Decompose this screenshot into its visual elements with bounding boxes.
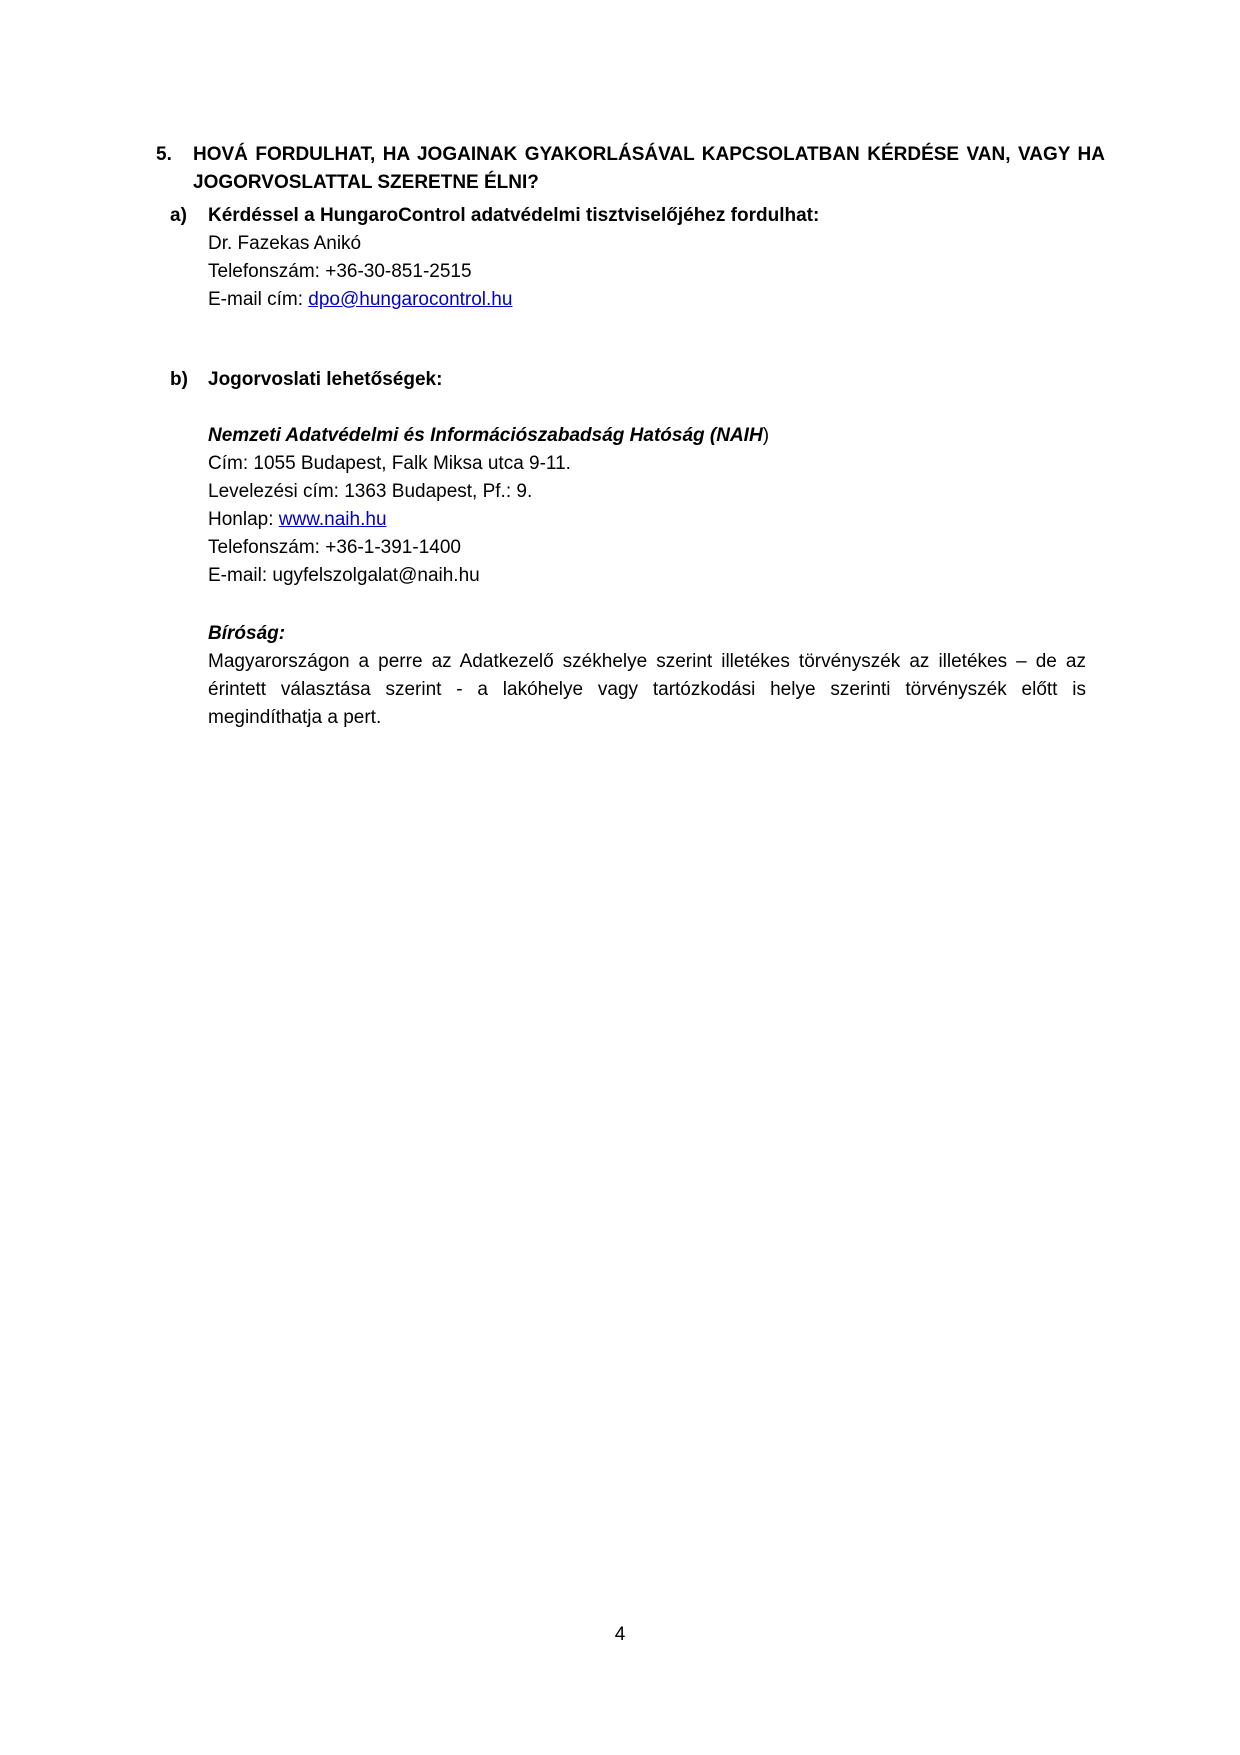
section-number: 5. [156,141,172,169]
dpo-email-prefix: E-mail cím: [208,289,308,310]
court-paragraph: Magyarországon a perre az Adatkezelő szé… [208,648,1086,732]
authority-postal: Levelezési cím: 1363 Budapest, Pf.: 9. [208,478,532,506]
dpo-email-link[interactable]: dpo@hungarocontrol.hu [308,289,512,310]
court-heading: Bíróság: [208,620,285,648]
item-b-heading: Jogorvoslati lehetőségek: [208,366,442,394]
dpo-phone: Telefonszám: +36-30-851-2515 [208,258,472,286]
web-prefix: Honlap: [208,509,279,530]
item-a-heading: Kérdéssel a HungaroControl adatvédelmi t… [208,202,819,230]
page-number: 4 [0,1624,1240,1646]
authority-phone: Telefonszám: +36-1-391-1400 [208,534,461,562]
authority-web-line: Honlap: www.naih.hu [208,506,387,534]
authority-address: Cím: 1055 Budapest, Falk Miksa utca 9-11… [208,450,571,478]
authority-name: Nemzeti Adatvédelmi és Információszabads… [208,422,769,450]
authority-email: E-mail: ugyfelszolgalat@naih.hu [208,562,480,590]
section-title: HOVÁ FORDULHAT, HA JOGAINAK GYAKORLÁSÁVA… [193,141,1105,197]
document-page: 5. HOVÁ FORDULHAT, HA JOGAINAK GYAKORLÁS… [0,0,1240,1755]
dpo-name: Dr. Fazekas Anikó [208,230,361,258]
item-b-label: b) [170,366,188,394]
dpo-email-line: E-mail cím: dpo@hungarocontrol.hu [208,286,512,314]
item-a-label: a) [170,202,187,230]
naih-website-link[interactable]: www.naih.hu [279,509,387,530]
